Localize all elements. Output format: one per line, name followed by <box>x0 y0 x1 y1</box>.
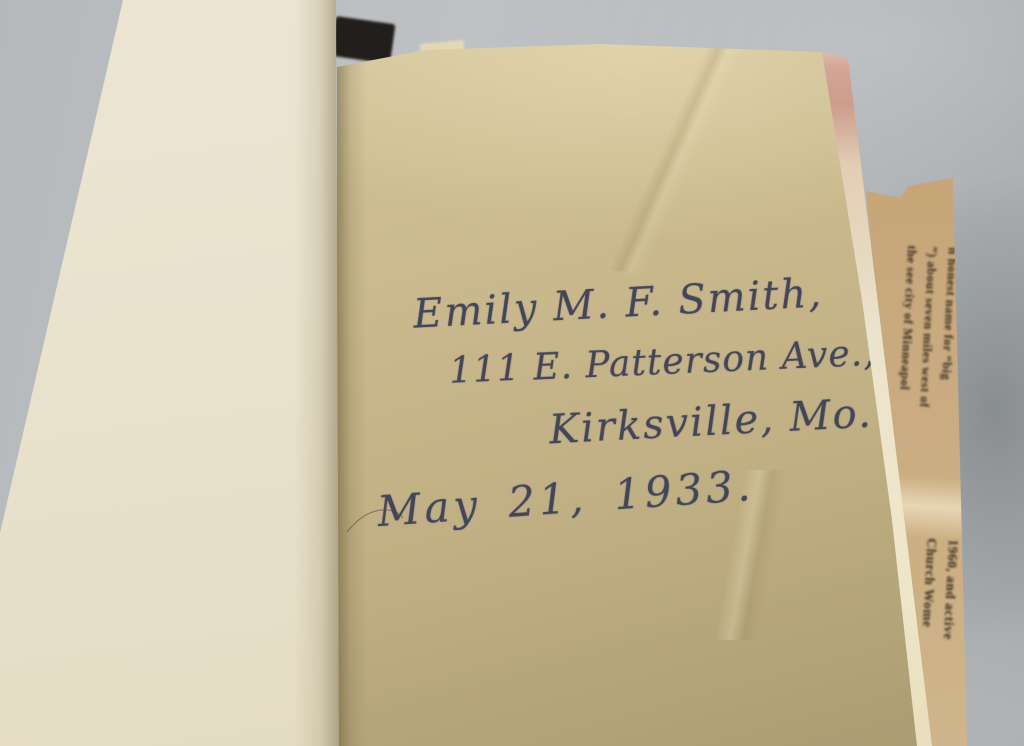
inscription-city: Kirksville, Mo. <box>548 391 874 454</box>
inscription-address: 111 E. Patterson Ave., <box>448 333 876 393</box>
bookmark-tab <box>331 16 396 64</box>
page-crease <box>567 26 772 290</box>
endpaper-fold-shadow <box>294 0 339 746</box>
inscription-name: Emily M. F. Smith, <box>412 270 824 337</box>
gutter-shadow <box>337 50 367 746</box>
book-inscription-photo: n honest name for “big ”) about seven mi… <box>0 0 1024 746</box>
